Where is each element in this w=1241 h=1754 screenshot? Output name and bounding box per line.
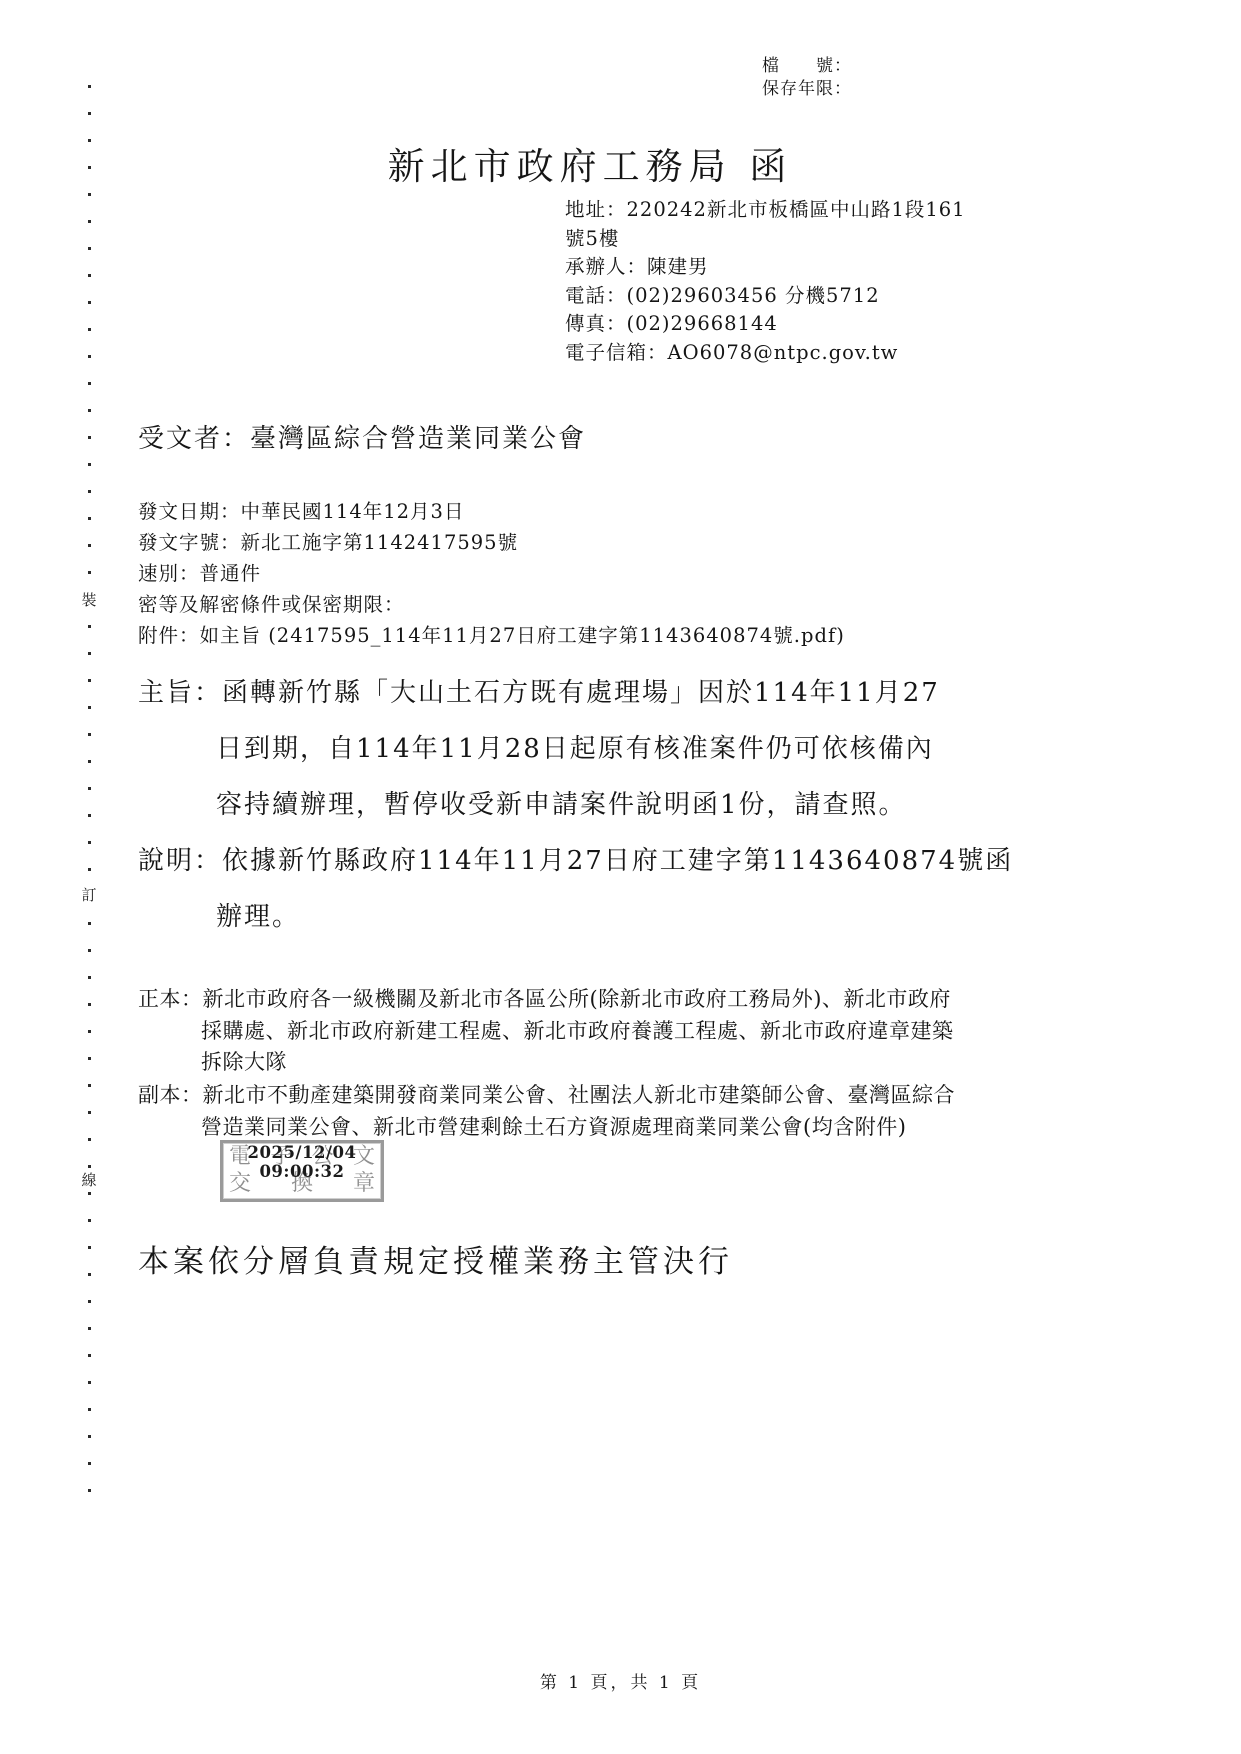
original-copy-line: 採購處、新北市政府新建工程處、新北市政府養護工程處、新北市政府違章建築 (201, 1016, 954, 1048)
stamp-time: 09:00:32 (223, 1162, 381, 1181)
original-copy-line: 正本：新北市政府各一級機關及新北市各區公所(除新北市政府工務局外)、新北市政府 (138, 984, 954, 1016)
description-line: 辦理。 (216, 896, 1013, 952)
document-meta-line: 密等及解密條件或保密期限： (138, 589, 845, 620)
stamp-datetime: 2025/12/04 09:00:32 (223, 1143, 381, 1181)
cc-copy-line: 營造業同業公會、新北市營建剩餘土石方資源處理商業同業公會(均含附件) (201, 1112, 955, 1144)
document-page: 裝 訂 線 檔 號： 保存年限： 新北市政府工務局 函 地址：220242新北市… (0, 0, 1241, 1754)
page-number-footer: 第 1 頁，共 1 頁 (0, 1668, 1241, 1693)
subject-line: 容持續辦理，暫停收受新申請案件說明函1份，請查照。 (216, 784, 940, 840)
document-meta-line: 速別：普通件 (138, 558, 845, 589)
sender-info-block: 地址：220242新北市板橋區中山路1段161號5樓承辦人：陳建男電話：(02)… (565, 196, 1065, 367)
electronic-exchange-stamp: 電子公文 交換章 2025/12/04 09:00:32 (220, 1140, 384, 1202)
binding-mark-xian: 線 (78, 1170, 100, 1190)
authorization-statement: 本案依分層負責規定授權業務主管決行 (138, 1236, 733, 1281)
recipient-line: 受文者：臺灣區綜合營造業同業公會 (138, 418, 586, 455)
document-meta-line: 發文字號：新北工施字第1142417595號 (138, 527, 845, 558)
binding-mark-ding: 訂 (78, 885, 100, 905)
subject-paragraph: 主旨：函轉新竹縣「大山土石方既有處理場」因於114年11月27日到期，自114年… (138, 672, 940, 840)
binding-mark-zhuang: 裝 (78, 590, 100, 610)
subject-line: 日到期，自114年11月28日起原有核准案件仍可依核備內 (216, 728, 940, 784)
original-copy-line: 拆除大隊 (201, 1047, 954, 1079)
document-meta-line: 發文日期：中華民國114年12月3日 (138, 496, 845, 527)
sender-info-line: 號5樓 (565, 225, 1065, 254)
document-meta-line: 附件：如主旨 (2417595_114年11月27日府工建字第114364087… (138, 620, 845, 651)
document-meta-block: 發文日期：中華民國114年12月3日發文字號：新北工施字第1142417595號… (138, 496, 845, 651)
sender-info-line: 承辦人：陳建男 (565, 253, 1065, 282)
stamp-date: 2025/12/04 (223, 1143, 381, 1162)
sender-info-line: 地址：220242新北市板橋區中山路1段161 (565, 196, 1065, 225)
cc-copy-block: 副本：新北市不動產建築開發商業同業公會、社團法人新北市建築師公會、臺灣區綜合營造… (138, 1080, 955, 1143)
binding-dotted-line (88, 85, 91, 1505)
retention-period-label: 保存年限： (762, 78, 852, 101)
sender-info-line: 電話：(02)29603456 分機5712 (565, 282, 1065, 311)
file-number-label: 檔 號： (762, 55, 852, 78)
subject-line: 主旨：函轉新竹縣「大山土石方既有處理場」因於114年11月27 (138, 672, 940, 728)
file-number-block: 檔 號： 保存年限： (762, 55, 852, 101)
description-line: 說明：依據新竹縣政府114年11月27日府工建字第1143640874號函 (138, 840, 1013, 896)
document-title: 新北市政府工務局 函 (140, 136, 1040, 190)
description-paragraph: 說明：依據新竹縣政府114年11月27日府工建字第1143640874號函辦理。 (138, 840, 1013, 952)
sender-info-line: 傳真：(02)29668144 (565, 310, 1065, 339)
original-copy-block: 正本：新北市政府各一級機關及新北市各區公所(除新北市政府工務局外)、新北市政府採… (138, 984, 954, 1079)
sender-info-line: 電子信箱：AO6078@ntpc.gov.tw (565, 339, 1065, 368)
cc-copy-line: 副本：新北市不動產建築開發商業同業公會、社團法人新北市建築師公會、臺灣區綜合 (138, 1080, 955, 1112)
